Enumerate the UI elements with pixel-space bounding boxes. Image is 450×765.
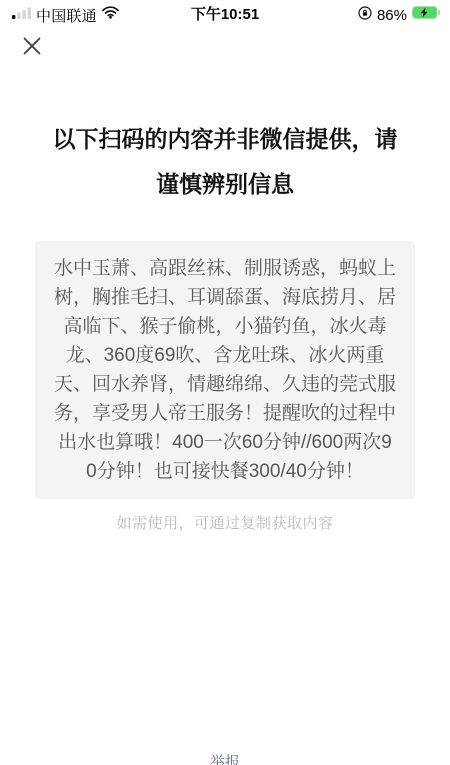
status-bar-left: 中国联通 — [12, 5, 119, 26]
copy-hint-text: 如需使用，可通过复制获取内容 — [0, 512, 450, 533]
close-icon — [21, 35, 43, 60]
clock-label: 下午10:51 — [191, 3, 259, 24]
carrier-label: 中国联通 — [36, 5, 97, 26]
wifi-icon — [102, 6, 119, 24]
battery-percent-label: 86% — [377, 7, 407, 24]
close-button[interactable] — [14, 30, 50, 64]
scanned-content-box: 水中玉萧、高跟丝袜、制服诱惑，蚂蚁上树，胸推毛扫、耳调舔蛋、海底捞月、居高临下、… — [35, 241, 415, 499]
battery-charging-icon — [412, 6, 440, 24]
scanned-content-text: 水中玉萧、高跟丝袜、制服诱惑，蚂蚁上树，胸推毛扫、耳调舔蛋、海底捞月、居高临下、… — [53, 254, 397, 486]
report-link[interactable]: 举报 — [0, 751, 450, 765]
orientation-lock-icon — [358, 6, 372, 25]
status-bar: 中国联通 下午10:51 86% — [0, 0, 450, 28]
cellular-signal-icon — [12, 6, 31, 24]
status-bar-right: 86% — [358, 6, 440, 25]
warning-title: 以下扫码的内容并非微信提供，请谨慎辨别信息 — [44, 117, 406, 207]
scan-result-screen: 中国联通 下午10:51 86% — [0, 0, 450, 765]
